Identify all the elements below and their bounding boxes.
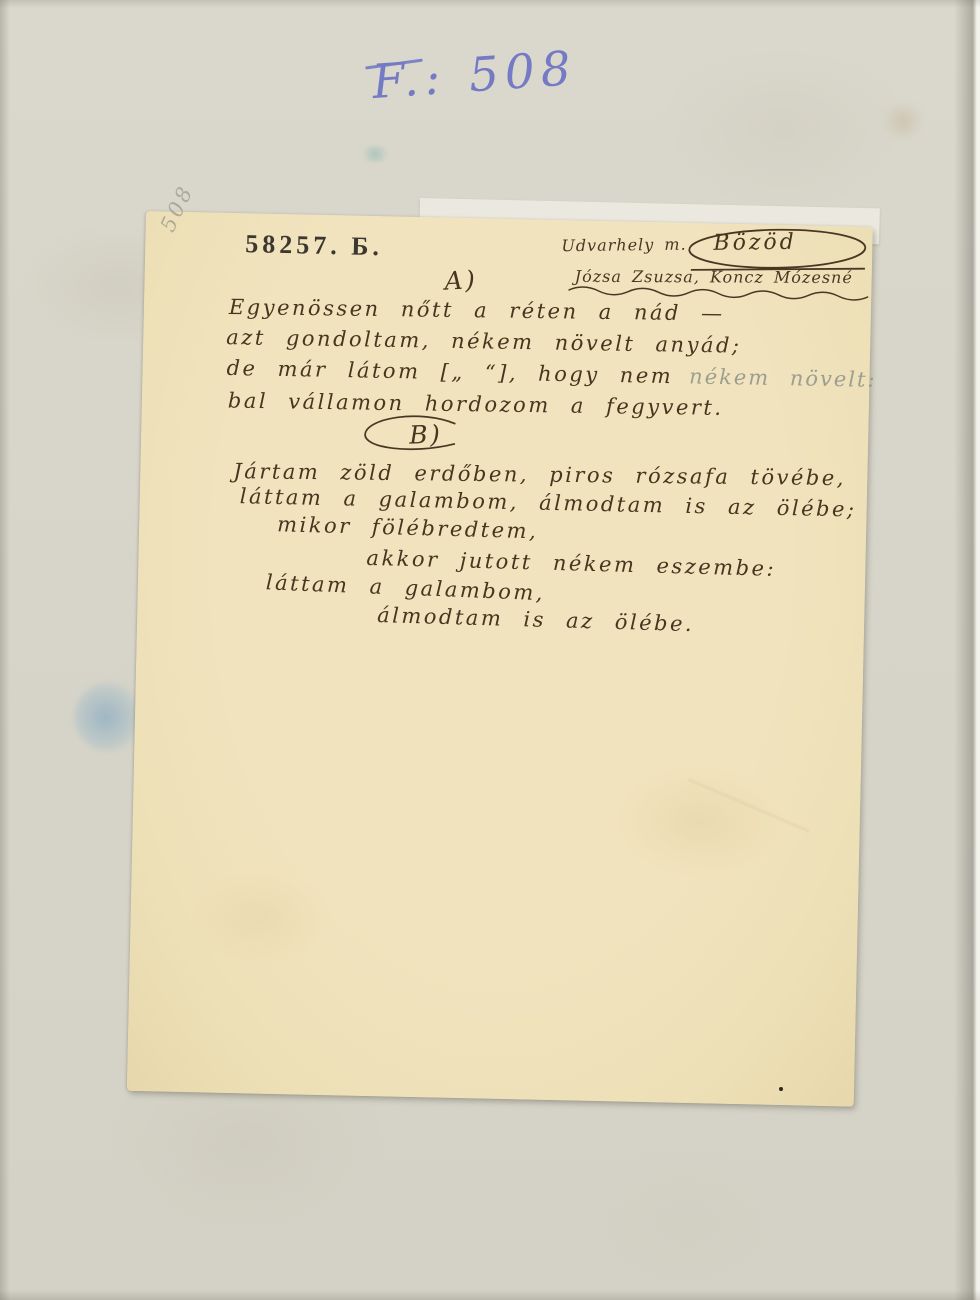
verse-a-line-3: de már látom [„ “], hogy nemnékem növelt…	[226, 356, 876, 392]
verse-a-line-3-ink: de már látom [„ “], hogy nem	[226, 356, 673, 388]
inventory-stamp-number: 58257. Б.	[245, 229, 383, 262]
scan-edge-right	[954, 0, 980, 1300]
informant-name: Józsa Zsuzsa, Koncz Mózesné	[575, 267, 853, 287]
archive-number-annotation: F.: 508	[370, 41, 578, 110]
pencil-side-number: 508	[156, 181, 199, 236]
section-a-label: A)	[444, 265, 478, 296]
village-name: Bözöd	[713, 230, 797, 256]
manuscript-card: 508 58257. Б. Udvarhely m. Bözöd Józsa Z…	[127, 211, 873, 1107]
county-label: Udvarhely m.	[561, 235, 686, 256]
mount-board: F.: 508 508 58257. Б. Udvarhely m. Bözöd…	[0, 0, 980, 1300]
ink-speck	[779, 1087, 783, 1091]
scan-edge-bottom	[0, 1290, 980, 1300]
teal-smudge	[358, 146, 392, 162]
scan-edge-top	[0, 0, 980, 8]
verse-b-line-5: láttam a galambom,	[265, 570, 545, 605]
verse-a-line-2: azt gondoltam, nékem növelt anyád;	[226, 325, 742, 358]
verse-a-line-1: Egyenössen nőtt a réten a nád —	[229, 295, 725, 325]
verse-a-line-4: bal vállamon hordozom a fegyvert.	[228, 389, 724, 420]
foxing-stain	[880, 104, 926, 138]
verse-b-line-6: álmodtam is az ölébe.	[377, 603, 695, 636]
section-b-label: B)	[409, 420, 443, 450]
scan-edge-left	[0, 0, 10, 1300]
verse-b-line-3: mikor fölébredtem,	[277, 512, 539, 543]
pencil-correction: nékem növelt:	[689, 364, 877, 391]
offset-ink-ghost-marks	[666, 779, 808, 884]
